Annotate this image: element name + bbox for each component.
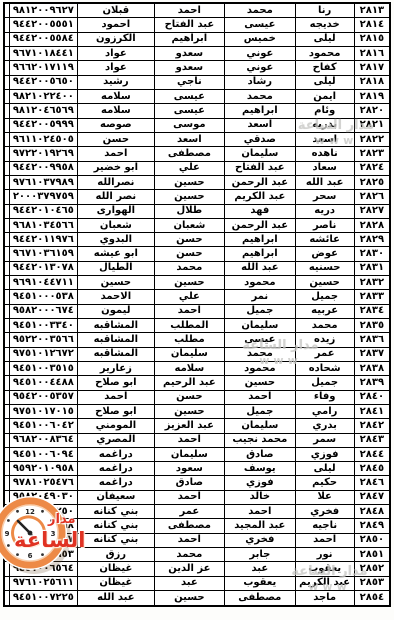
cell-father-name: سليمان (225, 319, 295, 333)
table-row: ٢٨٣٤ عربيه جميل احمد ليمون ٩٥٨٢٠٠٠٦٧٤ (4, 304, 390, 318)
cell-phone-number: ٩٦٧١٠١٨٤٤١ (9, 47, 77, 61)
table-row: ٢٨٤٩ ناجيه عبد المجيد مصطفى بني كنانه ٩٤… (4, 519, 390, 533)
cell-record-number: ٢٨٢٢ (354, 132, 390, 146)
cell-family-name: الاحمد (78, 290, 155, 304)
cell-record-number: ٢٨٥٠ (354, 533, 390, 547)
cell-phone-number: ٩٥٩٢٠١٠٩٥٨ (9, 462, 77, 476)
cell-spacer (4, 376, 9, 390)
cell-father-name: مصطفى (225, 590, 295, 606)
cell-first-name: ناصر (295, 218, 354, 232)
cell-phone-number: ٩٩٢٢٠٠٩٦٥٣ (9, 548, 77, 562)
cell-spacer (4, 261, 9, 275)
cell-record-number: ٢٨٣٥ (354, 319, 390, 333)
cell-grandfather-name: مطلب (154, 333, 224, 347)
table-row: ٢٨٣٠ عوض ابراهيم حسن ابو عيشه ٩٦٧١٠٣٦١٥٩ (4, 247, 390, 261)
cell-record-number: ٢٨٥٤ (354, 590, 390, 606)
cell-family-name: المصري (78, 433, 155, 447)
cell-family-name: سعيفان (78, 490, 155, 504)
cell-first-name: فوزي (295, 447, 354, 461)
cell-spacer (4, 190, 9, 204)
cell-first-name: سعاد (295, 161, 354, 175)
cell-first-name: ناهده (295, 147, 354, 161)
table-row: ٢٨٢٠ وئام ابراهيم عيسى سلامه ٩٨١٢٠٤٦٥٦٩ (4, 104, 390, 118)
cell-father-name: ابراهيم (225, 247, 295, 261)
cell-record-number: ٢٨١٥ (354, 32, 390, 46)
cell-family-name: الطيال (78, 261, 155, 275)
cell-first-name: فخري (295, 505, 354, 519)
table-row: ٢٨١٥ ليلى خميس ابراهيم الكرزون ٩٤٤٢٠٠٥٥٨… (4, 32, 390, 46)
table-row: ٢٨٤٢ بدري سليمان عبد العزيز المومني ٩٤٥١… (4, 419, 390, 433)
table-row: ٢٨٤٧ علا خالد احمد سعيفان ٩٥٨٢٠٤٩٠٣٠ (4, 490, 390, 504)
cell-spacer (4, 276, 9, 290)
cell-spacer (4, 61, 9, 75)
cell-father-name: رشاد (225, 75, 295, 89)
cell-father-name: فخري (225, 533, 295, 547)
table-row: ٢٨٤٤ فوزي صادق سليمان دراغمه ٩٤٥١٠٠٦٠٩٤ (4, 447, 390, 461)
cell-father-name: يوسف (225, 462, 295, 476)
cell-spacer (4, 419, 9, 433)
table-row: ٢٨٣٢ حسين محمود حسين حسين ٩٦٩١٠٤٤٧١١ (4, 276, 390, 290)
cell-family-name: البدوي (78, 233, 155, 247)
cell-first-name: يعقوب (295, 562, 354, 576)
cell-first-name: وفاء (295, 390, 354, 404)
cell-family-name: احمد (78, 390, 155, 404)
cell-family-name: عواد (78, 47, 155, 61)
cell-phone-number: ٩٤٤٢٠١٠٤٦٥ (9, 204, 77, 218)
cell-father-name: محمد (225, 3, 295, 18)
cell-spacer (4, 218, 9, 232)
table-row: ٢٨٣١ حسنيه عبد الله محمد الطيال ٩٤٤٢٠١٣٠… (4, 261, 390, 275)
cell-phone-number: ٩٧٢٢٠١٩٢٦٩ (9, 147, 77, 161)
cell-phone-number: ٩٥٨٢٠٠٠٦٧٤ (9, 304, 77, 318)
cell-first-name: جميل (295, 290, 354, 304)
cell-phone-number: ٩٨١٢٠٤٦٥٦٩ (9, 104, 77, 118)
cell-grandfather-name: حسين (154, 175, 224, 189)
cell-spacer (4, 32, 9, 46)
cell-phone-number: ٩٦٩١٠٤٤٧١١ (9, 276, 77, 290)
cell-grandfather-name: صادق (154, 476, 224, 490)
cell-family-name: المومني (78, 419, 155, 433)
cell-phone-number: ٩٥٨٢٠٤٩٠٣٠ (9, 490, 77, 504)
cell-record-number: ٢٨٤١ (354, 404, 390, 418)
cell-record-number: ٢٨٢٤ (354, 161, 390, 175)
cell-father-name: اسعد (225, 118, 295, 132)
cell-record-number: ٢٨١٦ (354, 47, 390, 61)
cell-first-name: حسنيه (295, 261, 354, 275)
cell-phone-number: ٩٤٤٢٠٠٥٦٥٠ (9, 75, 77, 89)
cell-phone-number: ٩٧٥١٠١٢٦٧٢ (9, 347, 77, 361)
cell-first-name: نور (295, 548, 354, 562)
cell-father-name: محمود (225, 361, 295, 375)
cell-family-name: دراغمه (78, 476, 155, 490)
cell-family-name: ابو خضير (78, 161, 155, 175)
table-row: ٢٨٣٦ زيده عيسى مطلب المشاقبه ٩٥٢٢٠٠٣٥٦٦ (4, 333, 390, 347)
cell-first-name: اسعد (295, 132, 354, 146)
cell-spacer (4, 490, 9, 504)
table-row: ٢٨١٤ خديجه عيسى عبد الفتاح احمود ٩٤٤٢٠٠٥… (4, 18, 390, 32)
cell-grandfather-name: المطلب (154, 319, 224, 333)
cell-grandfather-name: شعبان (154, 218, 224, 232)
cell-record-number: ٢٨٢٨ (354, 218, 390, 232)
cell-spacer (4, 319, 9, 333)
cell-record-number: ٢٨٤٦ (354, 476, 390, 490)
cell-grandfather-name: عيسى (154, 90, 224, 104)
cell-spacer (4, 347, 9, 361)
table-row: ٢٨٤٠ وفاء احمد حسن احمد ٩٥٤٢٠٠٥٣٥٧ (4, 390, 390, 404)
cell-grandfather-name: حسين (154, 190, 224, 204)
cell-grandfather-name: طلال (154, 204, 224, 218)
cell-first-name: سمر (295, 433, 354, 447)
cell-grandfather-name: سعدو (154, 47, 224, 61)
cell-grandfather-name: حسين (154, 276, 224, 290)
cell-first-name: حسين (295, 276, 354, 290)
cell-spacer (4, 576, 9, 590)
cell-phone-number: ٢٠٠٠٣٧٩٧٥٩ (9, 190, 77, 204)
cell-family-name: ابو صلاح (78, 376, 155, 390)
cell-family-name: دراغمه (78, 462, 155, 476)
cell-record-number: ٢٨٢٩ (354, 233, 390, 247)
cell-grandfather-name: موسى (154, 118, 224, 132)
cell-first-name: علا (295, 490, 354, 504)
table-row: ٢٨٢١ بدريه اسعد موسى صوصه ٩٤٤٢٠٠٥٩٩٩ (4, 118, 390, 132)
cell-father-name: عيسى (225, 333, 295, 347)
cell-spacer (4, 147, 9, 161)
cell-first-name: بدريه (295, 118, 354, 132)
cell-record-number: ٢٨٣٨ (354, 361, 390, 375)
cell-grandfather-name: علي (154, 161, 224, 175)
cell-record-number: ٢٨٣٤ (354, 304, 390, 318)
cell-grandfather-name: مصطفى (154, 519, 224, 533)
cell-family-name: ابو عيشه (78, 247, 155, 261)
cell-father-name: خالد (225, 490, 295, 504)
cell-phone-number: ٩٤٥١٠٠٠٥٣٨ (9, 290, 77, 304)
cell-family-name: ليمون (78, 304, 155, 318)
table-row: ٢٨٣٥ محمد سليمان المطلب المشاقبه ٩٤٥١٠٠٣… (4, 319, 390, 333)
cell-family-name: دراغمه (78, 447, 155, 461)
cell-record-number: ٢٨٢٧ (354, 204, 390, 218)
table-row: ٢٨٣٣ جميل نمر علي الاحمد ٩٤٥١٠٠٠٥٣٨ (4, 290, 390, 304)
cell-spacer (4, 204, 9, 218)
cell-grandfather-name: سليمان (154, 347, 224, 361)
cell-father-name: سليمان (225, 147, 295, 161)
cell-family-name: نصر الله (78, 190, 155, 204)
cell-record-number: ٢٨١٨ (354, 75, 390, 89)
cell-phone-number: ٩٤٥١٠٠٤٤٨٨ (9, 376, 77, 390)
cell-spacer (4, 390, 9, 404)
cell-record-number: ٢٨٣٠ (354, 247, 390, 261)
cell-first-name: عبد الكريم (295, 576, 354, 590)
cell-record-number: ٢٨٤٨ (354, 505, 390, 519)
cell-spacer (4, 505, 9, 519)
cell-first-name: محمد (295, 319, 354, 333)
cell-record-number: ٢٨٣٧ (354, 347, 390, 361)
cell-grandfather-name: مصطفى (154, 147, 224, 161)
cell-father-name: ابراهيم (225, 104, 295, 118)
table-row: ٢٨٥٤ ماجد مصطفى حسين عبد الله ٩٤٥١٠٠٧٢٢٥ (4, 590, 390, 606)
table-row: ٢٨٢٤ سعاد عبد الفتاح علي ابو خضير ٩٤٤٢٠٠… (4, 161, 390, 175)
cell-phone-number: ٩٤٥١٠٠٤١٩٧ (9, 533, 77, 547)
table-row: ٢٨٤١ رامي جميل حسين ابو صلاح ٩٧٥١٠١٧٠١٥ (4, 404, 390, 418)
cell-spacer (4, 161, 9, 175)
table-row: ٢٨٥٠ احمد فخري احمد بني كنانه ٩٤٥١٠٠٤١٩٧ (4, 533, 390, 547)
scanned-directory-page: { "table": { "columns": [ {"key": "id", … (0, 0, 394, 620)
cell-phone-number: ٩٤٤٢٠٠٥٩٩٩ (9, 118, 77, 132)
cell-grandfather-name: احمد (154, 304, 224, 318)
table-row: ٢٨٢٦ سحر عبد الكريم حسين نصر الله ٢٠٠٠٣٧… (4, 190, 390, 204)
cell-family-name: رشيد (78, 75, 155, 89)
cell-family-name: عبد الله (78, 590, 155, 606)
cell-spacer (4, 304, 9, 318)
cell-grandfather-name: احمد (154, 433, 224, 447)
cell-spacer (4, 290, 9, 304)
cell-father-name: عبد الرحمن (225, 175, 295, 189)
cell-phone-number: ٩٤٤٢٠١١٩٧٦ (9, 233, 77, 247)
cell-grandfather-name: حسين (154, 404, 224, 418)
cell-first-name: شحاده (295, 361, 354, 375)
records-tbody: ٢٨١٣ رنا محمد احمد قبلان ٩٨١٢٠٠٩٦٢٧ ٢٨١٤… (4, 3, 390, 606)
cell-family-name: سلامه (78, 104, 155, 118)
cell-family-name: شعبان (78, 218, 155, 232)
cell-first-name: عبد الله (295, 175, 354, 189)
phone-directory-table: ٢٨١٣ رنا محمد احمد قبلان ٩٨١٢٠٠٩٦٢٧ ٢٨١٤… (3, 2, 391, 607)
cell-spacer (4, 519, 9, 533)
cell-first-name: وئام (295, 104, 354, 118)
cell-phone-number: ٩٤٤٢٠٠٥٥٥١ (9, 18, 77, 32)
cell-family-name: حسن (78, 132, 155, 146)
cell-grandfather-name: ابراهيم (154, 32, 224, 46)
cell-father-name: محمد (225, 347, 295, 361)
table-row: ٢٨٥٢ يعقوب عبد عز الدين غيظان ٩٤٥١٠٠٦٥٦٤ (4, 562, 390, 576)
cell-phone-number: ٩٤٥١٠٠٦٠٩٤ (9, 447, 77, 461)
cell-father-name: عوني (225, 61, 295, 75)
cell-family-name: رزق (78, 548, 155, 562)
cell-father-name: جميل (225, 404, 295, 418)
table-row: ٢٨١٧ كفاح عوني سعدو عواد ٩٦٦٢٠١٧١١٩ (4, 61, 390, 75)
cell-family-name: احمد (78, 147, 155, 161)
cell-father-name: محمد نجيب (225, 433, 295, 447)
cell-first-name: عربيه (295, 304, 354, 318)
cell-phone-number: ٩٦٨١٠٣٤٥٦٦ (9, 218, 77, 232)
cell-spacer (4, 175, 9, 189)
cell-father-name: عبد (225, 562, 295, 576)
cell-family-name: ابو صلاح (78, 404, 155, 418)
cell-spacer (4, 233, 9, 247)
cell-grandfather-name: احمد (154, 533, 224, 547)
cell-record-number: ٢٨٢٣ (354, 147, 390, 161)
cell-grandfather-name: احمد (154, 3, 224, 18)
cell-record-number: ٢٨٥٢ (354, 562, 390, 576)
table-row: ٢٨٥١ نور جابر محمد رزق ٩٩٢٢٠٠٩٦٥٣ (4, 548, 390, 562)
table-row: ٢٨٣٨ شحاده محمود سلامه زعارير ٩٤٥١٠٠٣٥١٥ (4, 361, 390, 375)
cell-grandfather-name: عمر (154, 505, 224, 519)
table-row: ٢٨٢٧ دريه فهد طلال الهوارى ٩٤٤٢٠١٠٤٦٥ (4, 204, 390, 218)
cell-spacer (4, 104, 9, 118)
cell-first-name: احمد (295, 533, 354, 547)
cell-spacer (4, 562, 9, 576)
cell-father-name: خميس (225, 32, 295, 46)
cell-father-name: عبد المجيد (225, 519, 295, 533)
cell-family-name: الكرزون (78, 32, 155, 46)
table-row: ٢٨٣٩ جميل حسين عبد الرحيم ابو صلاح ٩٤٥١٠… (4, 376, 390, 390)
table-row: ٢٨٢٢ اسعد صدقي اسعد حسن ٩٦١١٠٢٤٥٠٥ (4, 132, 390, 146)
cell-first-name: حكيم (295, 476, 354, 490)
cell-first-name: رامي (295, 404, 354, 418)
cell-father-name: يعقوب (225, 576, 295, 590)
cell-first-name: ايمن (295, 90, 354, 104)
cell-father-name: عبد الله (225, 261, 295, 275)
table-row: ٢٨١٣ رنا محمد احمد قبلان ٩٨١٢٠٠٩٦٢٧ (4, 3, 390, 18)
cell-first-name: ماجد (295, 590, 354, 606)
table-row: ٢٨٤٥ ليلى يوسف سعود دراغمه ٩٥٩٢٠١٠٩٥٨ (4, 462, 390, 476)
cell-spacer (4, 47, 9, 61)
cell-spacer (4, 75, 9, 89)
cell-record-number: ٢٨٤٣ (354, 433, 390, 447)
cell-father-name: احمد (225, 390, 295, 404)
cell-spacer (4, 247, 9, 261)
table-row: ٢٨١٦ محمود عوني سعدو عواد ٩٦٧١٠١٨٤٤١ (4, 47, 390, 61)
cell-father-name: محمد (225, 90, 295, 104)
cell-father-name: نمر (225, 290, 295, 304)
cell-spacer (4, 18, 9, 32)
cell-record-number: ٢٨٥١ (354, 548, 390, 562)
cell-family-name: سلامه (78, 90, 155, 104)
cell-grandfather-name: عبد العزيز (154, 419, 224, 433)
cell-record-number: ٢٨٣٩ (354, 376, 390, 390)
cell-phone-number: ٩٦٦٢٠١٧١١٩ (9, 61, 77, 75)
table-row: ٢٨٢٩ عائشه ابراهيم حسن البدوي ٩٤٤٢٠١١٩٧٦ (4, 233, 390, 247)
cell-phone-number: ٩٤٥١٠٠٤٥٦٨ (9, 519, 77, 533)
cell-first-name: رنا (295, 3, 354, 18)
cell-spacer (4, 118, 9, 132)
cell-first-name: ليلى (295, 75, 354, 89)
cell-father-name: حسين (225, 376, 295, 390)
cell-grandfather-name: محمد (154, 548, 224, 562)
cell-first-name: ليلى (295, 462, 354, 476)
cell-grandfather-name: حسن (154, 390, 224, 404)
cell-father-name: صدقي (225, 132, 295, 146)
cell-first-name: عوض (295, 247, 354, 261)
cell-spacer (4, 404, 9, 418)
cell-spacer (4, 548, 9, 562)
cell-grandfather-name: عيسى (154, 104, 224, 118)
cell-grandfather-name: سعدو (154, 61, 224, 75)
cell-record-number: ٢٨١٧ (354, 61, 390, 75)
cell-record-number: ٢٨٢٥ (354, 175, 390, 189)
cell-father-name: احمد (225, 505, 295, 519)
table-row: ٢٨٢٥ عبد الله عبد الرحمن حسين نصرالله ٩٧… (4, 175, 390, 189)
cell-father-name: محمود (225, 276, 295, 290)
cell-father-name: فوزي (225, 476, 295, 490)
cell-phone-number: ٩٨١٢٠٠٩٦٢٧ (9, 3, 77, 18)
table-row: ٢٨١٩ ايمن محمد عيسى سلامه ٩٨٢١٠٢٢٤٠٠ (4, 90, 390, 104)
cell-record-number: ٢٨٤٤ (354, 447, 390, 461)
cell-spacer (4, 433, 9, 447)
cell-grandfather-name: عبد الرحيم (154, 376, 224, 390)
cell-record-number: ٢٨٤٢ (354, 419, 390, 433)
cell-first-name: عمر (295, 347, 354, 361)
cell-family-name: الهوارى (78, 204, 155, 218)
cell-grandfather-name: اسعد (154, 132, 224, 146)
cell-grandfather-name: احمد (154, 490, 224, 504)
cell-first-name: محمود (295, 47, 354, 61)
cell-spacer (4, 333, 9, 347)
cell-phone-number: ٩٤٥١٠٠٦٠٤٢ (9, 419, 77, 433)
cell-phone-number: ٩٥٢٢٠٠٣٥٦٦ (9, 333, 77, 347)
cell-spacer (4, 90, 9, 104)
cell-record-number: ٢٨١٩ (354, 90, 390, 104)
cell-spacer (4, 361, 9, 375)
cell-grandfather-name: حسين (154, 590, 224, 606)
cell-family-name: عواد (78, 61, 155, 75)
cell-father-name: سليمان (225, 419, 295, 433)
cell-father-name: عبد الرحمن (225, 218, 295, 232)
cell-spacer (4, 462, 9, 476)
cell-record-number: ٢٨٣٦ (354, 333, 390, 347)
cell-family-name: زعارير (78, 361, 155, 375)
cell-phone-number: ٩٤٥١٠٠٦٥٦٤ (9, 562, 77, 576)
cell-phone-number: ٩٤٥١٠٠٧٢٢٥ (9, 590, 77, 606)
table-row: ٢٨٢٣ ناهده سليمان مصطفى احمد ٩٧٢٢٠١٩٢٦٩ (4, 147, 390, 161)
cell-phone-number: ٩٦١١٠٢٤٥٠٥ (9, 132, 77, 146)
cell-spacer (4, 3, 9, 18)
cell-grandfather-name: سلامه (154, 361, 224, 375)
cell-father-name: عوني (225, 47, 295, 61)
cell-first-name: جميل (295, 376, 354, 390)
cell-grandfather-name: ناجي (154, 75, 224, 89)
cell-record-number: ٢٨١٣ (354, 3, 390, 18)
cell-record-number: ٢٨٣١ (354, 261, 390, 275)
cell-first-name: ناجيه (295, 519, 354, 533)
cell-first-name: خديجه (295, 18, 354, 32)
cell-family-name: بني كنانه (78, 533, 155, 547)
table-row: ٢٨١٨ ليلى رشاد ناجي رشيد ٩٤٤٢٠٠٥٦٥٠ (4, 75, 390, 89)
cell-grandfather-name: عبد (154, 576, 224, 590)
cell-spacer (4, 132, 9, 146)
cell-family-name: بني كنانه (78, 505, 155, 519)
cell-phone-number: ٩٤٥١٠٠٣٣٤٠ (9, 319, 77, 333)
cell-record-number: ٢٨٤٠ (354, 390, 390, 404)
table-row: ٢٨٥٣ عبد الكريم يعقوب عبد غيظان ٩٧٦١٠٢٥٦… (4, 576, 390, 590)
cell-grandfather-name: حسن (154, 233, 224, 247)
cell-family-name: غيظان (78, 562, 155, 576)
cell-phone-number: ٩٤٥١٠٠٣٥١٥ (9, 361, 77, 375)
table-row: ٢٨٢٨ ناصر عبد الرحمن شعبان شعبان ٩٦٨١٠٣٤… (4, 218, 390, 232)
cell-spacer (4, 533, 9, 547)
cell-phone-number: ٩٧٦١٠٢٥٦١١ (9, 576, 77, 590)
table-row: ٢٨٤٨ فخري احمد عمر بني كنانه ٩٦٧١٠٠٦٢٥٠ (4, 505, 390, 519)
cell-grandfather-name: علي (154, 290, 224, 304)
cell-father-name: عيسى (225, 18, 295, 32)
cell-spacer (4, 590, 9, 606)
cell-family-name: غيظان (78, 576, 155, 590)
cell-record-number: ٢٨٥٣ (354, 576, 390, 590)
cell-father-name: جميل (225, 304, 295, 318)
cell-family-name: حسين (78, 276, 155, 290)
cell-grandfather-name: سعود (154, 462, 224, 476)
cell-first-name: عائشه (295, 233, 354, 247)
cell-record-number: ٢٨٢١ (354, 118, 390, 132)
cell-spacer (4, 476, 9, 490)
cell-record-number: ٢٨٤٩ (354, 519, 390, 533)
cell-family-name: قبلان (78, 3, 155, 18)
cell-family-name: صوصه (78, 118, 155, 132)
cell-record-number: ٢٨٤٥ (354, 462, 390, 476)
cell-family-name: نصرالله (78, 175, 155, 189)
cell-phone-number: ٩٨٢١٠٢٢٤٠٠ (9, 90, 77, 104)
cell-father-name: عبد الكريم (225, 190, 295, 204)
cell-record-number: ٢٨١٤ (354, 18, 390, 32)
cell-family-name: احمود (78, 18, 155, 32)
